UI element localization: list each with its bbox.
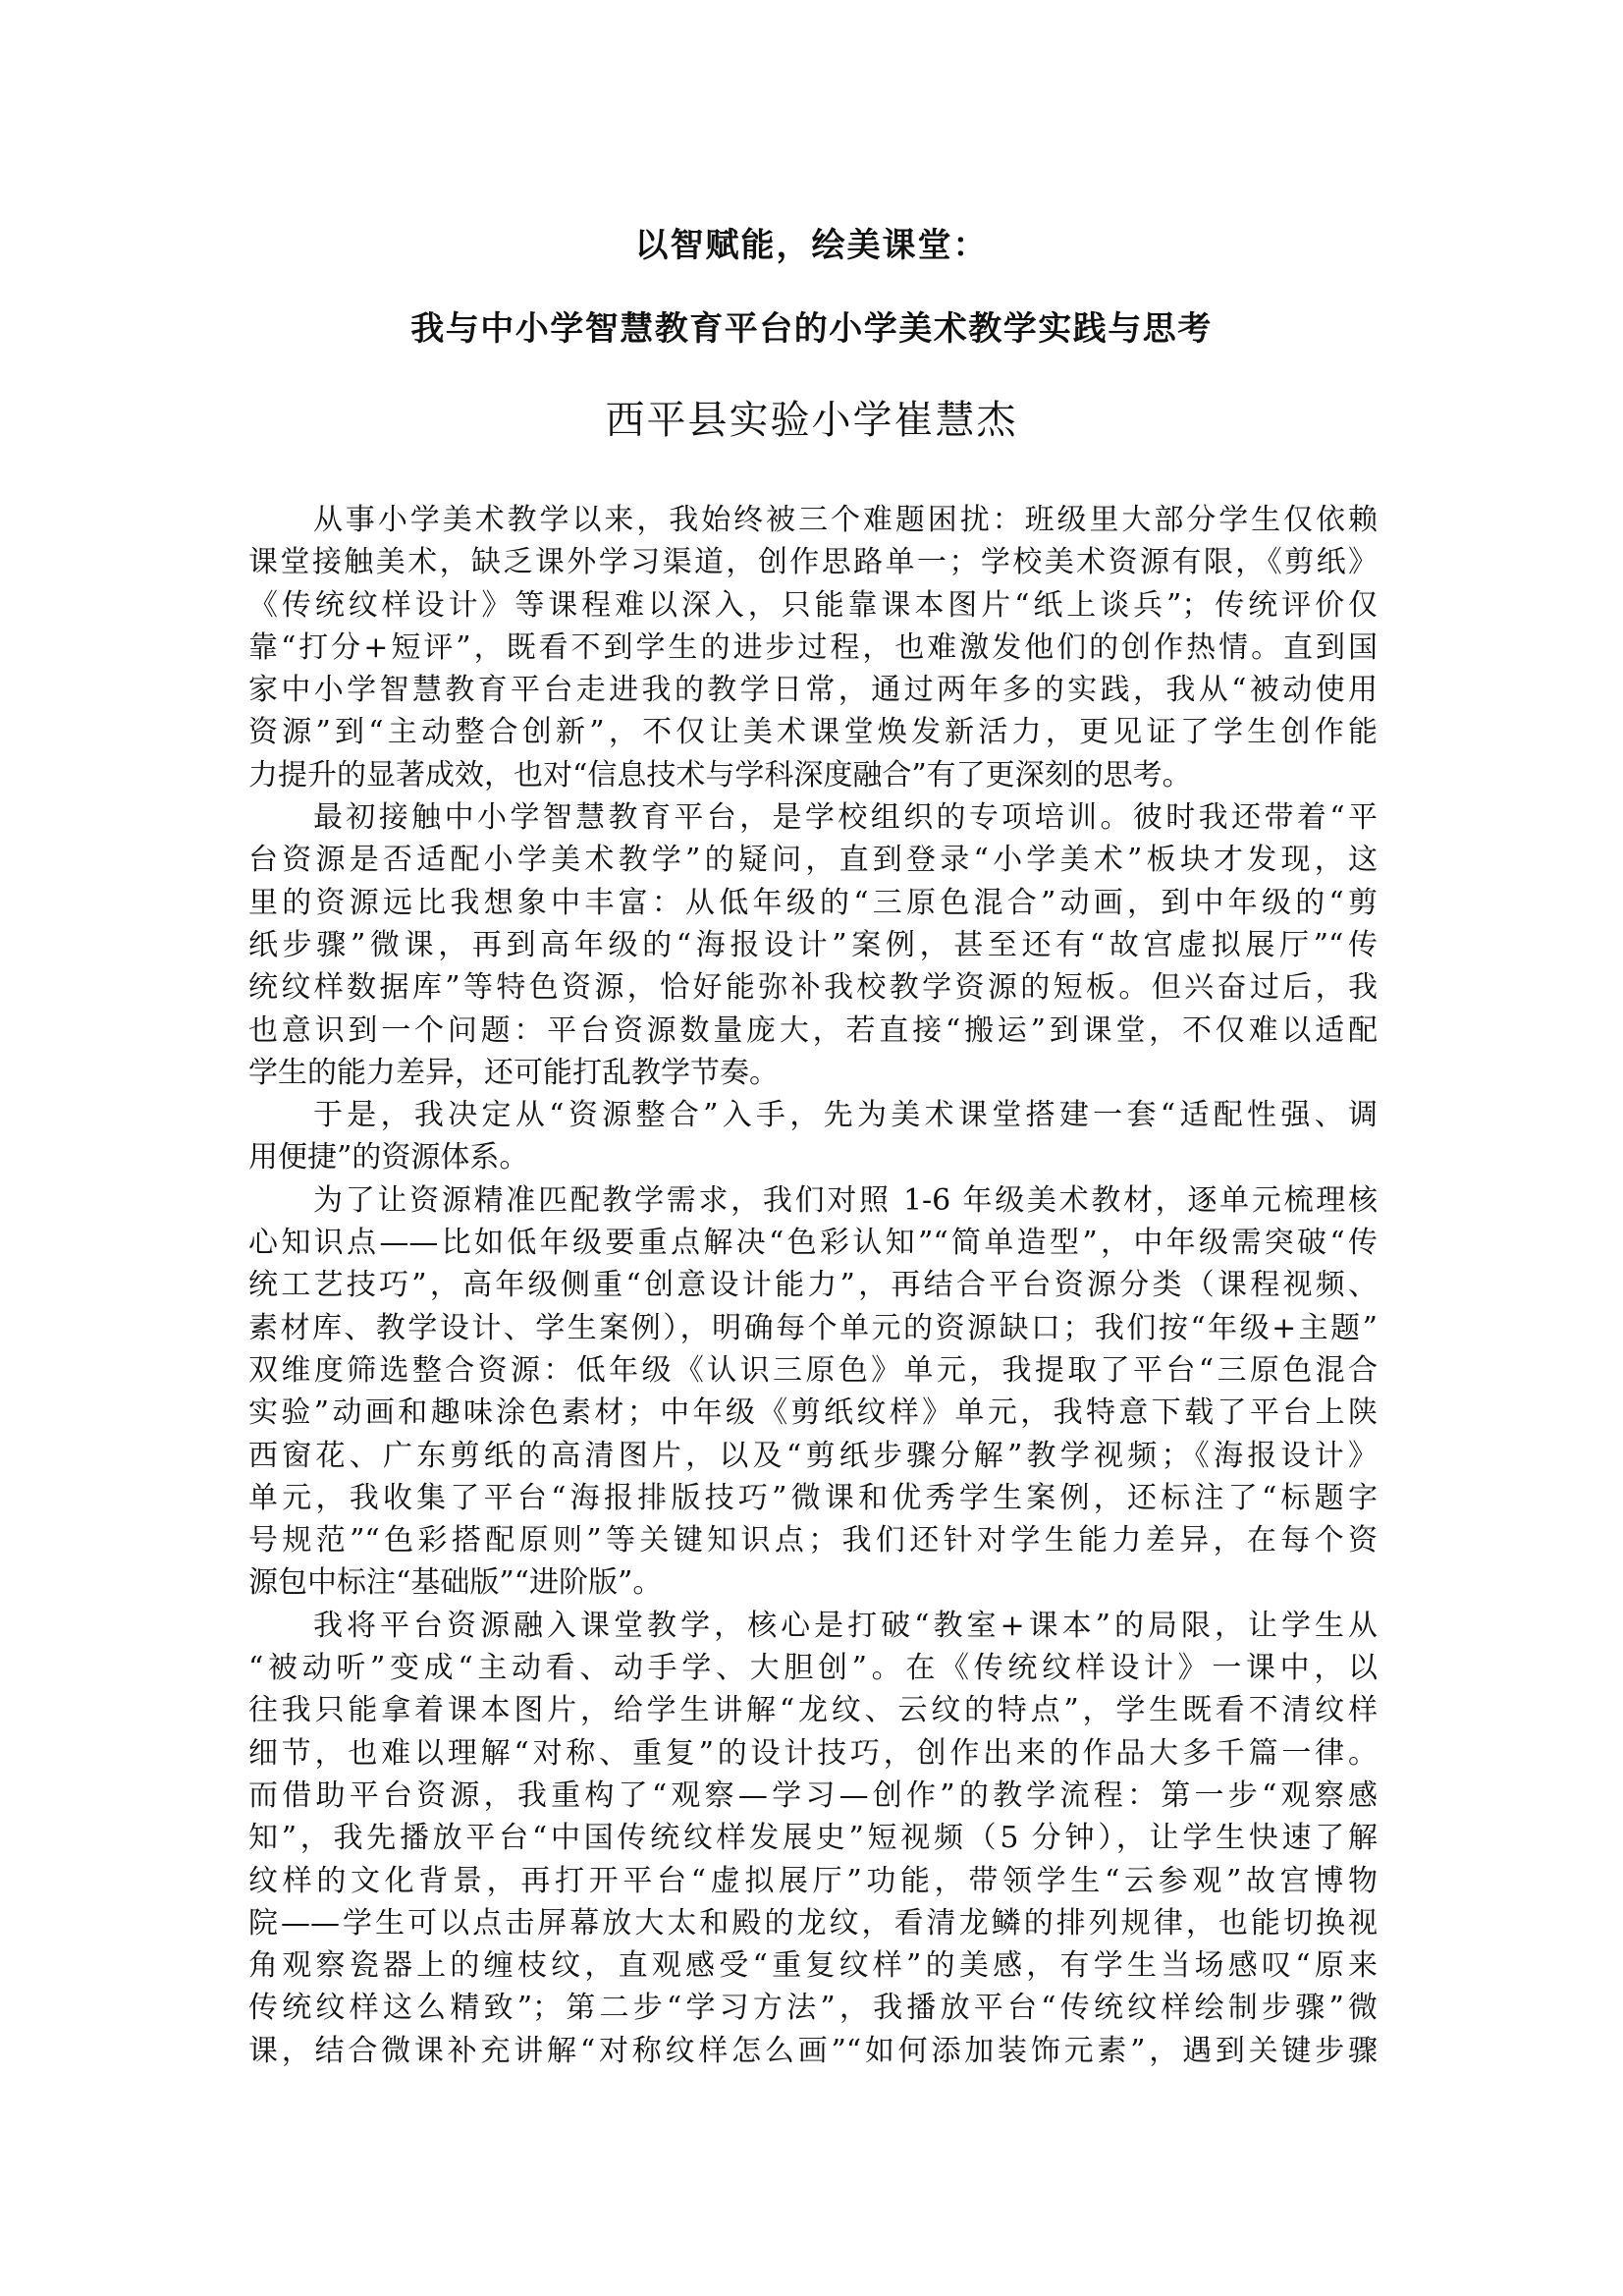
paragraph: 从事小学美术教学以来，我始终被三个难题困扰：班级里大部分学生仅依赖 课堂接触美术… (248, 499, 1378, 796)
text-line: 为了让资源精准匹配教学需求，我们对照 1-6 年级美术教材，逐单元梳理核 (248, 1179, 1378, 1222)
paragraph: 最初接触中小学智慧教育平台，是学校组织的专项培训。彼时我还带着“平 台资源是否适… (248, 796, 1378, 1094)
text-line: 角观察瓷器上的缠枝纹，直观感受“重复纹样”的美感，有学生当场感叹“原来 (248, 1944, 1378, 1987)
paragraph: 为了让资源精准匹配教学需求，我们对照 1-6 年级美术教材，逐单元梳理核 心知识… (248, 1179, 1378, 1605)
text-line: 家中小学智慧教育平台走进我的教学日常，通过两年多的实践，我从“被动使用 (248, 669, 1378, 711)
text-line: 知”，我先播放平台“中国传统纹样发展史”短视频（5 分钟），让学生快速了解 (248, 1817, 1378, 1859)
text-line: 单元，我收集了平台“海报排版技巧”微课和优秀学生案例，还标注了“标题字 (248, 1477, 1378, 1519)
text-line: 实验”动画和趣味涂色素材；中年级《剪纸纹样》单元，我特意下载了平台上陕 (248, 1392, 1378, 1434)
author-line: 西平县实验小学崔慧杰 (0, 389, 1623, 445)
text-line: 传统纹样这么精致”；第二步“学习方法”，我播放平台“传统纹样绘制步骤”微 (248, 1987, 1378, 2029)
text-line: 最初接触中小学智慧教育平台，是学校组织的专项培训。彼时我还带着“平 (248, 796, 1378, 839)
document-body: 从事小学美术教学以来，我始终被三个难题困扰：班级里大部分学生仅依赖 课堂接触美术… (248, 499, 1378, 2072)
text-line: 纸步骤”微课，再到高年级的“海报设计”案例，甚至还有“故宫虚拟展厅”“传 (248, 924, 1378, 966)
text-line: 于是，我决定从“资源整合”入手，先为美术课堂搭建一套“适配性强、调 (248, 1094, 1378, 1136)
text-line: 往我只能拿着课本图片，给学生讲解“龙纹、云纹的特点”，学生既看不清纹样 (248, 1689, 1378, 1731)
text-line: 台资源是否适配小学美术教学”的疑问，直到登录“小学美术”板块才发现，这 (248, 839, 1378, 881)
text-line: 课堂接触美术，缺乏课外学习渠道，创作思路单一；学校美术资源有限，《剪纸》 (248, 541, 1378, 583)
paragraph: 我将平台资源融入课堂教学，核心是打破“教室+课本”的局限，让学生从 “被动听”变… (248, 1605, 1378, 2072)
text-line: 心知识点——比如低年级要重点解决“色彩认知”“简单造型”，中年级需突破“传 (248, 1222, 1378, 1264)
text-line: 用便捷”的资源体系。 (248, 1136, 1378, 1178)
text-line: 学生的能力差异，还可能打乱教学节奏。 (248, 1052, 1378, 1094)
paragraph: 于是，我决定从“资源整合”入手，先为美术课堂搭建一套“适配性强、调 用便捷”的资… (248, 1094, 1378, 1179)
text-line: 而借助平台资源，我重构了“观察—学习—创作”的教学流程：第一步“观察感 (248, 1775, 1378, 1817)
text-line: 素材库、教学设计、学生案例），明确每个单元的资源缺口；我们按“年级+主题” (248, 1307, 1378, 1349)
text-line: 号规范”“色彩搭配原则”等关键知识点；我们还针对学生能力差异，在每个资 (248, 1519, 1378, 1561)
text-line: 资源”到“主动整合创新”，不仅让美术课堂焕发新活力，更见证了学生创作能 (248, 711, 1378, 753)
document-title: 以智赋能，绘美课堂： (0, 218, 1623, 266)
text-line: 我将平台资源融入课堂教学，核心是打破“教室+课本”的局限，让学生从 (248, 1605, 1378, 1647)
text-line: 课，结合微课补充讲解“对称纹样怎么画”“如何添加装饰元素”，遇到关键步骤 (248, 2030, 1378, 2072)
text-line: 纹样的文化背景，再打开平台“虚拟展厅”功能，带领学生“云参观”故宫博物 (248, 1860, 1378, 1902)
text-line: 细节，也难以理解“对称、重复”的设计技巧，创作出来的作品大多千篇一律。 (248, 1732, 1378, 1775)
text-line: “被动听”变成“主动看、动手学、大胆创”。在《传统纹样设计》一课中，以 (248, 1647, 1378, 1689)
document-page: 以智赋能，绘美课堂： 我与中小学智慧教育平台的小学美术教学实践与思考 西平县实验… (0, 0, 1623, 2296)
text-line: 《传统纹样设计》等课程难以深入，只能靠课本图片“纸上谈兵”；传统评价仅 (248, 584, 1378, 627)
text-line: 源包中标注“基础版”“进阶版”。 (248, 1561, 1378, 1604)
text-line: 院——学生可以点击屏幕放大太和殿的龙纹，看清龙鳞的排列规律，也能切换视 (248, 1902, 1378, 1944)
text-line: 双维度筛选整合资源：低年级《认识三原色》单元，我提取了平台“三原色混合 (248, 1349, 1378, 1392)
text-line: 靠“打分+短评”，既看不到学生的进步过程，也难激发他们的创作热情。直到国 (248, 627, 1378, 669)
document-subtitle: 我与中小学智慧教育平台的小学美术教学实践与思考 (0, 301, 1623, 350)
text-line: 里的资源远比我想象中丰富：从低年级的“三原色混合”动画，到中年级的“剪 (248, 882, 1378, 924)
text-line: 力提升的显著成效，也对“信息技术与学科深度融合”有了更深刻的思考。 (248, 754, 1378, 796)
text-line: 从事小学美术教学以来，我始终被三个难题困扰：班级里大部分学生仅依赖 (248, 499, 1378, 541)
text-line: 西窗花、广东剪纸的高清图片，以及“剪纸步骤分解”教学视频；《海报设计》 (248, 1435, 1378, 1477)
text-line: 统工艺技巧”，高年级侧重“创意设计能力”，再结合平台资源分类（课程视频、 (248, 1264, 1378, 1306)
text-line: 统纹样数据库”等特色资源，恰好能弥补我校教学资源的短板。但兴奋过后，我 (248, 966, 1378, 1009)
text-line: 也意识到一个问题：平台资源数量庞大，若直接“搬运”到课堂，不仅难以适配 (248, 1010, 1378, 1052)
